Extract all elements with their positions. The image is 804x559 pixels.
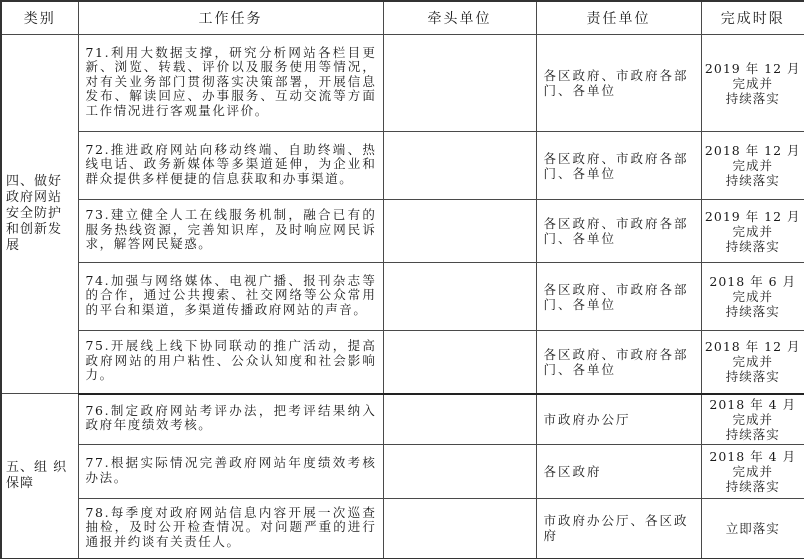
deadline-cell: 2018 年 12 月 完成并 持续落实 [701, 331, 804, 394]
task-table: 类别 工作任务 牵头单位 责任单位 完成时限 四、做好政府网站安全防护和创新发展… [0, 0, 804, 559]
table-row: 四、做好政府网站安全防护和创新发展 71.利用大数据支撑，研究分析网站各栏目更新… [1, 35, 804, 132]
deadline-line3: 持续落实 [702, 239, 804, 254]
header-lead-unit: 牵头单位 [383, 1, 536, 35]
deadline-cell: 2018 年 6 月 完成并 持续落实 [701, 263, 804, 331]
deadline-line2: 完成并 [702, 289, 804, 304]
deadline-line2: 完成并 [702, 354, 804, 369]
task-cell: 74.加强与网络媒体、电视广播、报刊杂志等的合作，通过公共搜索、社交网络等公众常… [78, 263, 383, 331]
deadline-cell: 立即落实 [701, 499, 804, 559]
task-cell: 72.推进政府网站向移动终端、自助终端、热线电话、政务新媒体等多渠道延伸，为企业… [78, 132, 383, 200]
header-responsible-unit: 责任单位 [536, 1, 701, 35]
deadline-date: 立即落实 [702, 521, 804, 536]
deadline-line3: 持续落实 [702, 304, 804, 319]
table-row: 五、组 织保障 76.制定政府网站考评办法，把考评结果纳入政府年度绩效考核。 市… [1, 394, 804, 445]
deadline-cell: 2019 年 12 月 完成并 持续落实 [701, 200, 804, 263]
task-cell: 75.开展线上线下协同联动的推广活动，提高政府网站的用户粘性、公众认知度和社会影… [78, 331, 383, 394]
lead-unit-cell [383, 394, 536, 445]
category-cell: 五、组 织保障 [1, 394, 78, 559]
header-category: 类别 [1, 1, 78, 35]
deadline-date: 2018 年 4 月 [702, 449, 804, 464]
responsible-unit-cell: 各区政府、市政府各部门、各单位 [536, 132, 701, 200]
responsible-unit-cell: 各区政府、市政府各部门、各单位 [536, 263, 701, 331]
deadline-date: 2018 年 6 月 [702, 274, 804, 289]
deadline-line2: 完成并 [702, 76, 804, 91]
lead-unit-cell [383, 499, 536, 559]
table-row: 74.加强与网络媒体、电视广播、报刊杂志等的合作，通过公共搜索、社交网络等公众常… [1, 263, 804, 331]
deadline-cell: 2019 年 12 月 完成并 持续落实 [701, 35, 804, 132]
table-row: 77.根据实际情况完善政府网站年度绩效考核办法。 各区政府 2018 年 4 月… [1, 445, 804, 499]
deadline-line3: 持续落实 [702, 479, 804, 494]
responsible-unit-cell: 各区政府、市政府各部门、各单位 [536, 35, 701, 132]
responsible-unit-cell: 各区政府、市政府各部门、各单位 [536, 331, 701, 394]
deadline-line3: 持续落实 [702, 427, 804, 442]
lead-unit-cell [383, 35, 536, 132]
deadline-date: 2018 年 4 月 [702, 397, 804, 412]
header-row: 类别 工作任务 牵头单位 责任单位 完成时限 [1, 1, 804, 35]
deadline-cell: 2018 年 4 月 完成并 持续落实 [701, 394, 804, 445]
task-cell: 77.根据实际情况完善政府网站年度绩效考核办法。 [78, 445, 383, 499]
lead-unit-cell [383, 200, 536, 263]
deadline-line3: 持续落实 [702, 369, 804, 384]
deadline-cell: 2018 年 12 月 完成并 持续落实 [701, 132, 804, 200]
deadline-date: 2019 年 12 月 [702, 61, 804, 76]
lead-unit-cell [383, 263, 536, 331]
table-row: 72.推进政府网站向移动终端、自助终端、热线电话、政务新媒体等多渠道延伸，为企业… [1, 132, 804, 200]
task-cell: 71.利用大数据支撑，研究分析网站各栏目更新、浏览、转载、评价以及服务使用等情况… [78, 35, 383, 132]
table-row: 78.每季度对政府网站信息内容开展一次巡查抽检，及时公开检查情况。对问题严重的进… [1, 499, 804, 559]
deadline-date: 2019 年 12 月 [702, 209, 804, 224]
responsible-unit-cell: 各区政府、市政府各部门、各单位 [536, 200, 701, 263]
deadline-cell: 2018 年 4 月 完成并 持续落实 [701, 445, 804, 499]
lead-unit-cell [383, 132, 536, 200]
deadline-line2: 完成并 [702, 158, 804, 173]
responsible-unit-cell: 市政府办公厅 [536, 394, 701, 445]
deadline-line2: 完成并 [702, 464, 804, 479]
lead-unit-cell [383, 445, 536, 499]
deadline-date: 2018 年 12 月 [702, 339, 804, 354]
lead-unit-cell [383, 331, 536, 394]
responsible-unit-cell: 市政府办公厅、各区政府 [536, 499, 701, 559]
deadline-line2: 完成并 [702, 224, 804, 239]
task-cell: 78.每季度对政府网站信息内容开展一次巡查抽检，及时公开检查情况。对问题严重的进… [78, 499, 383, 559]
table-row: 73.建立健全人工在线服务机制，融合已有的服务热线资源，完善知识库，及时响应网民… [1, 200, 804, 263]
responsible-unit-cell: 各区政府 [536, 445, 701, 499]
category-cell: 四、做好政府网站安全防护和创新发展 [1, 35, 78, 394]
deadline-date: 2018 年 12 月 [702, 143, 804, 158]
deadline-line3: 持续落实 [702, 91, 804, 106]
task-cell: 76.制定政府网站考评办法，把考评结果纳入政府年度绩效考核。 [78, 394, 383, 445]
deadline-line2: 完成并 [702, 412, 804, 427]
table-row: 75.开展线上线下协同联动的推广活动，提高政府网站的用户粘性、公众认知度和社会影… [1, 331, 804, 394]
header-task: 工作任务 [78, 1, 383, 35]
header-deadline: 完成时限 [701, 1, 804, 35]
task-cell: 73.建立健全人工在线服务机制，融合已有的服务热线资源，完善知识库，及时响应网民… [78, 200, 383, 263]
deadline-line3: 持续落实 [702, 173, 804, 188]
